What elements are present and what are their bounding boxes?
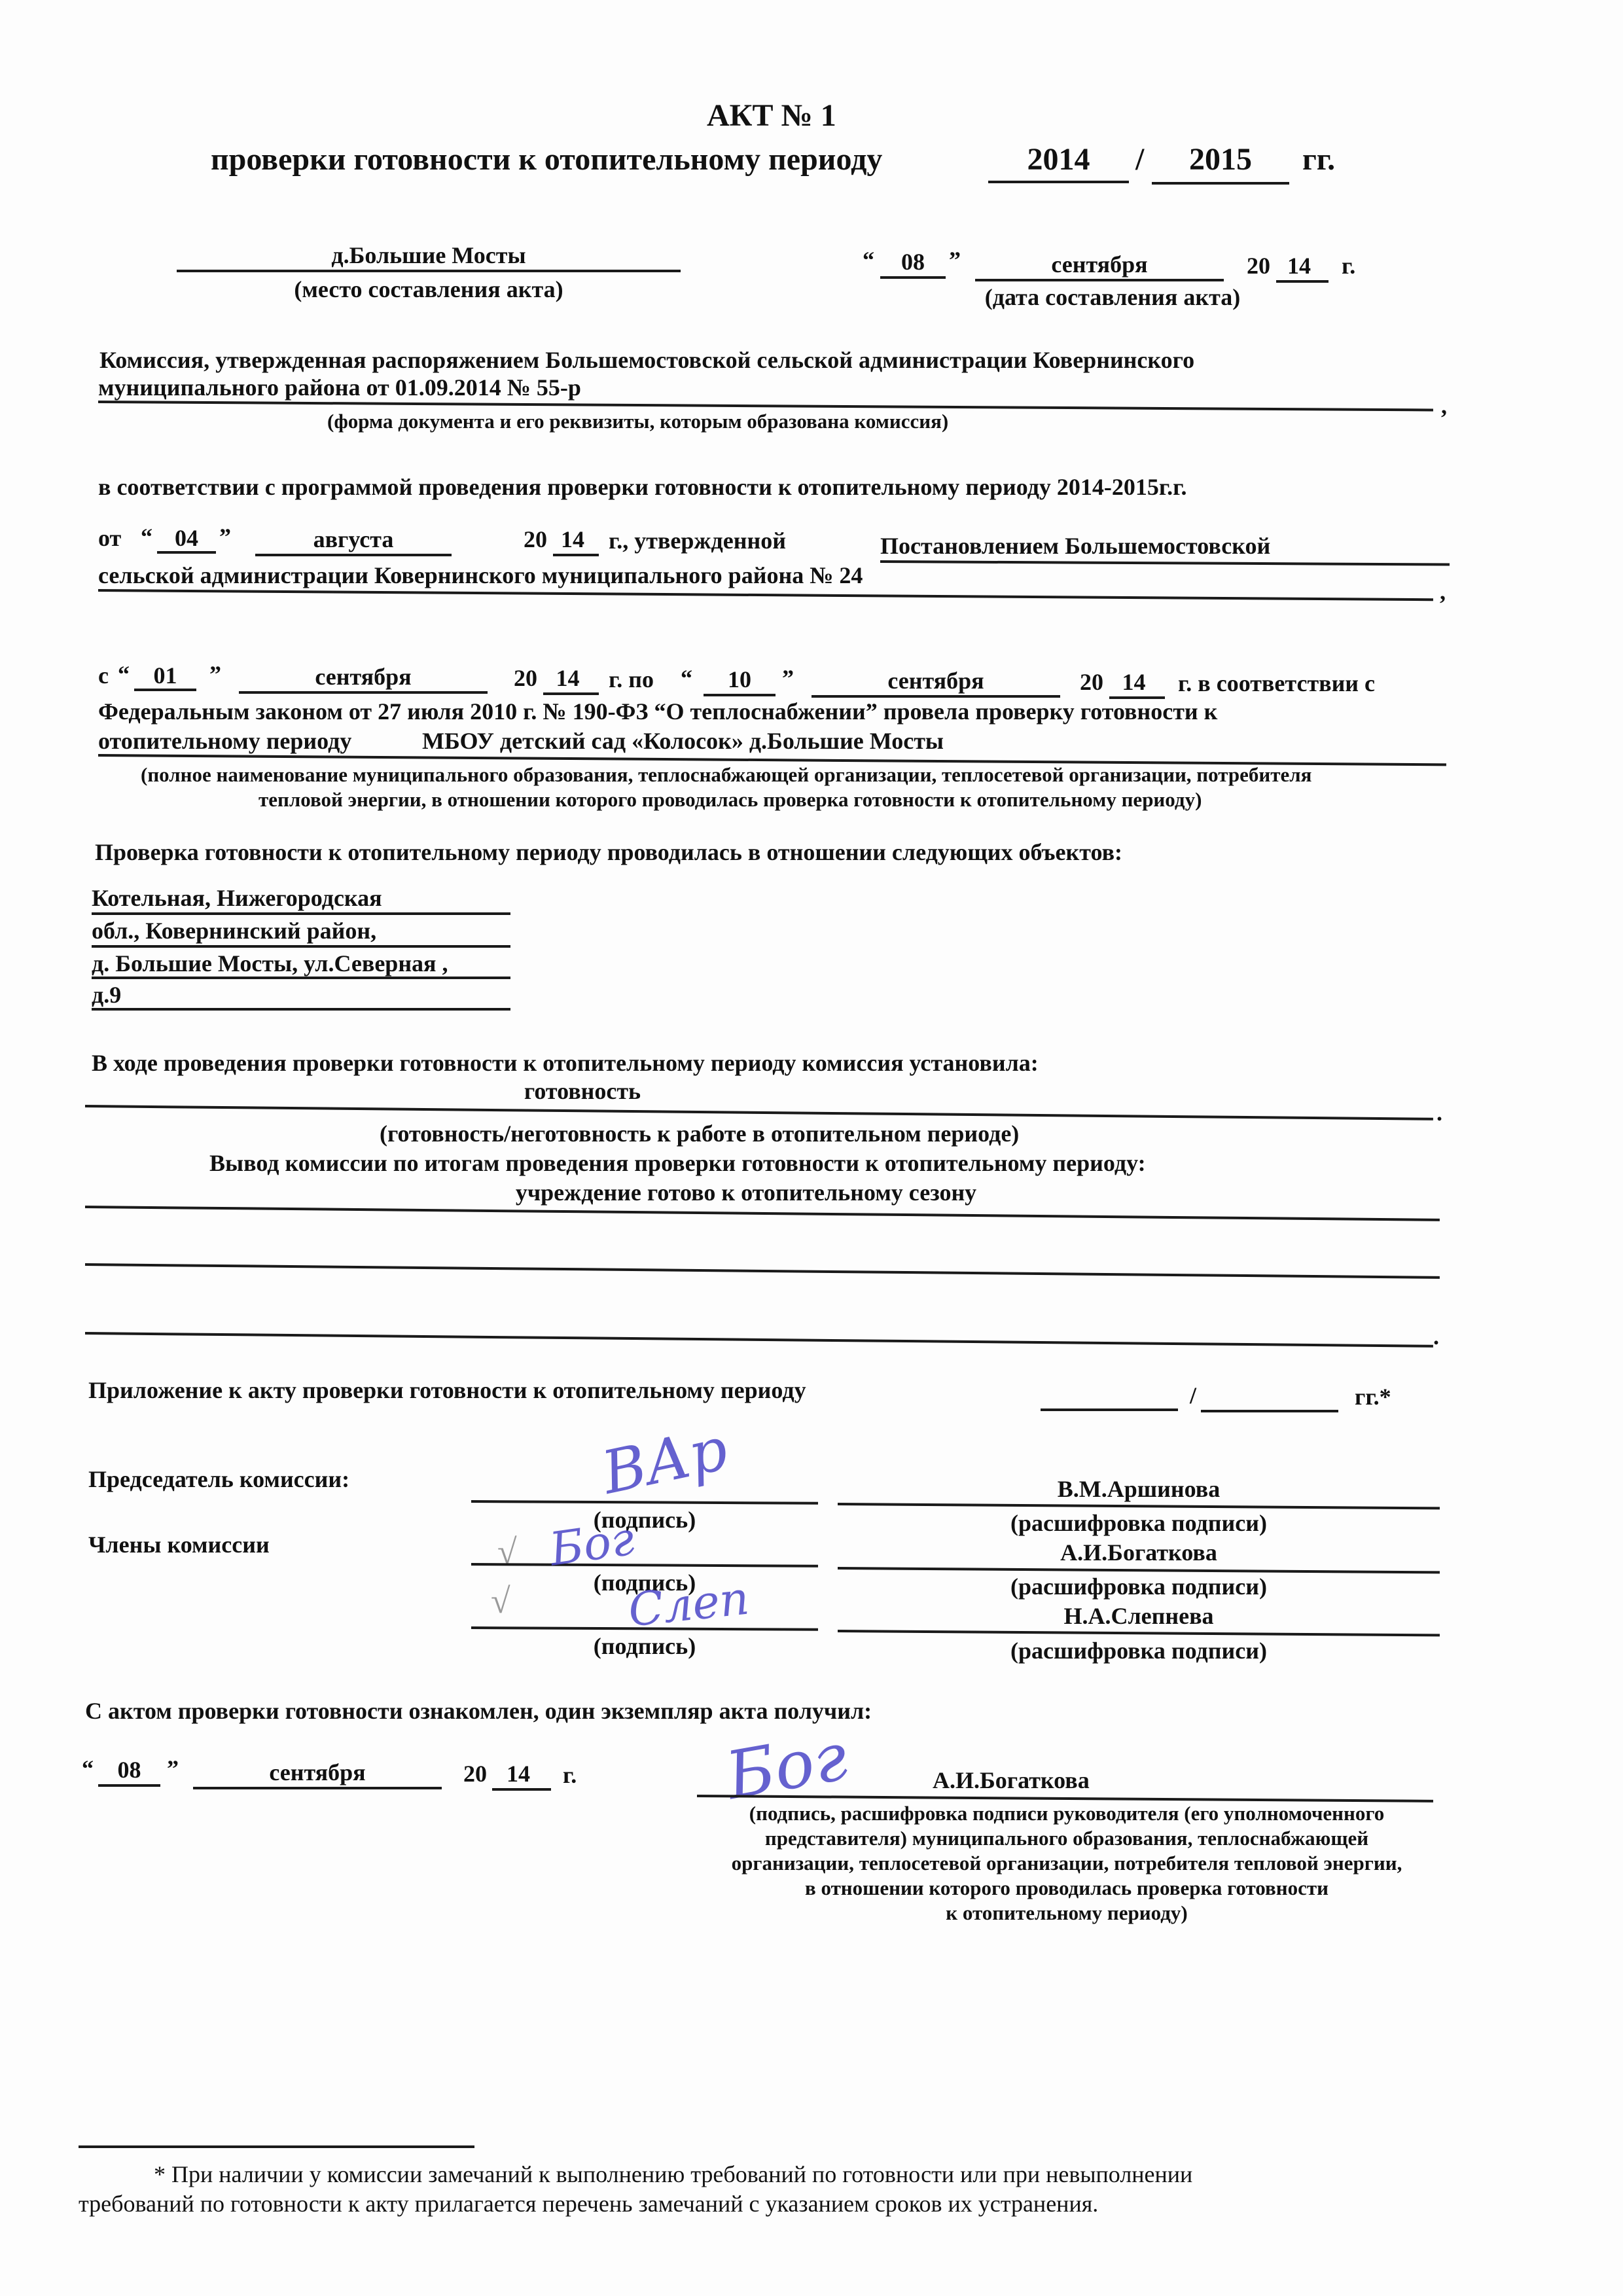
object-underline [92,912,510,915]
member1-name: А.И.Богаткова [838,1538,1440,1567]
date-month-field: сентября [975,250,1224,279]
chair-name: В.М.Аршинова [838,1475,1440,1503]
conclusion-end-mark: . [1433,1322,1439,1351]
program-day-field: 04 [157,524,216,552]
commission-line1: Комиссия, утвержденная распоряжением Бол… [99,346,1194,374]
place-field: д.Большие Мосты [177,241,681,270]
commission-caption: (форма документа и его реквизиты, которы… [327,409,948,434]
appendix-from-underline [1041,1408,1178,1411]
appendix-to-underline [1201,1410,1338,1412]
decode-caption: (расшифровка подписи) [838,1572,1440,1601]
year-to-field: 2015 [1152,141,1289,179]
ack-caption-line: организации, теплосетевой организации, п… [694,1851,1440,1876]
program-approved-label: г., утвержденной [609,526,786,555]
period-to-month-field: сентября [811,666,1060,695]
object-line: д. Большие Мосты, ул.Северная , [92,949,448,978]
chair-signature-icon: ВАр [596,1414,734,1508]
program-text: в соответствии с программой проведения п… [98,473,1186,501]
ack-caption-line: (подпись, расшифровка подписи руководите… [694,1801,1440,1826]
decode-caption: (расшифровка подписи) [838,1509,1440,1537]
member2-name: Н.А.Слепнева [838,1602,1440,1630]
period-to-day-underline [704,694,776,696]
conclusion-underline2 [85,1263,1440,1279]
period-from-day-underline [134,689,196,691]
program-day-underline [157,551,216,554]
objects-heading: Проверка готовности к отопительному пери… [95,838,1122,867]
program-comma: , [1440,577,1446,606]
period-caption-line1: (полное наименование муниципального обра… [141,762,1311,787]
findings-heading: В ходе проведения проверки готовности к … [92,1049,1039,1077]
period-law-line: Федеральным законом от 27 июля 2010 г. №… [98,697,1217,726]
check-mark-icon: √ [491,1581,510,1621]
year-to-underline [1152,182,1289,185]
program-approved-by-line2: сельской администрации Ковернинского мун… [98,561,863,590]
program-approved-underline2 [98,589,1433,601]
acknowledgement-text: С актом проверки готовности ознакомлен, … [85,1696,872,1725]
period-organization: МБОУ детский сад «Колосок» д.Большие Мос… [422,726,944,755]
object-underline [92,977,510,979]
period-from-month-field: сентября [239,662,488,691]
date-caption: (дата составления акта) [955,283,1270,312]
object-line: обл., Ковернинский район, [92,916,376,945]
chair-signature-line [471,1500,818,1505]
date-day-field: 08 [880,247,946,276]
period-from-label: с [98,661,109,690]
act-subtitle: проверки готовности к отопительному пери… [211,141,882,179]
date-day-underline [880,276,946,279]
period-from-year-field: 14 [543,664,592,692]
period-from-year-underline [543,692,599,695]
member1-signature-line [471,1563,818,1568]
date-quote-close: ” [949,245,961,274]
signature-caption: (подпись) [471,1505,818,1534]
appendix-label: Приложение к акту проверки готовности к … [88,1376,806,1405]
member2-name-line [838,1630,1440,1636]
program-month-field: августа [255,525,452,554]
chair-label: Председатель комиссии: [88,1465,349,1494]
ack-day-field: 08 [98,1755,160,1784]
commission-line2: муниципального района от 01.09.2014 № 55… [98,373,581,402]
footnote-line2: требований по готовности к акту прилагае… [79,2189,1098,2218]
period-to-day-field: 10 [704,665,776,694]
conclusion-heading: Вывод комиссии по итогам проведения пров… [209,1149,1146,1177]
date-month-underline [975,279,1224,281]
date-quote-open: “ [863,245,874,274]
program-quote-open: “ [141,522,152,551]
findings-caption: (готовность/неготовность к работе в отоп… [380,1119,1019,1148]
ack-caption-line: представителя) муниципального образовани… [694,1826,1440,1851]
conclusion-value: учреждение готово к отопительному сезону [92,1178,1400,1207]
period-tail: г. в соответствии с [1178,669,1375,698]
program-month-underline [255,554,452,556]
ack-month-field: сентября [193,1758,442,1787]
conclusion-underline3 [85,1332,1433,1348]
findings-value: готовность [92,1077,1073,1105]
appendix-sep: / [1190,1381,1196,1410]
ack-name: А.И.Богаткова [933,1766,1090,1795]
ack-quote-open: “ [82,1754,94,1783]
member1-signature-icon: Бог [546,1511,637,1576]
period-to-year-field: 14 [1109,668,1158,696]
period-from-year-prefix: 20 [514,664,537,692]
program-approved-underline1 [880,560,1450,566]
ack-year-underline [492,1788,551,1791]
decode-caption: (расшифровка подписи) [838,1636,1440,1665]
period-to-label: г. по [609,665,654,694]
footnote-line1: * При наличии у комиссии замечаний к вып… [154,2160,1192,2189]
program-quote-close: ” [219,522,231,551]
act-title: АКТ № 1 [707,97,836,135]
date-year-prefix: 20 [1247,251,1270,280]
program-approved-by-line1: Постановлением Большемостовской [880,531,1270,560]
period-from-quote-open: “ [118,660,130,689]
program-year-underline [553,554,599,556]
object-line: Котельная, Нижегородская [92,884,382,912]
date-year-underline [1276,280,1329,283]
place-caption: (место составления акта) [177,275,681,304]
period-from-quote-close: ” [209,660,221,689]
ack-signature-icon: Бог [721,1718,853,1814]
period-from-month-underline [239,691,488,694]
ack-month-underline [193,1787,442,1789]
members-label: Члены комиссии [88,1530,270,1559]
ack-year-suffix: г. [563,1761,577,1789]
date-year-suffix: г. [1342,251,1355,280]
period-from-day-field: 01 [134,661,196,690]
year-from-field: 2014 [988,141,1129,179]
program-year-field: 14 [553,525,592,554]
footnote-divider [79,2145,474,2148]
commission-comma: , [1441,391,1447,420]
period-to-year-prefix: 20 [1080,668,1103,696]
period-to-quote-close: ” [782,664,794,692]
signature-caption: (подпись) [471,1632,818,1660]
date-year-field: 14 [1276,251,1322,280]
program-year-prefix: 20 [524,525,547,554]
program-from-label: от [98,524,121,552]
object-line: д.9 [92,980,121,1009]
year-from-underline [988,181,1129,183]
ack-day-underline [98,1784,160,1787]
findings-underline [85,1105,1433,1121]
ack-caption-line: в отношении которого проводилась проверк… [694,1876,1440,1901]
year-suffix: гг. [1302,141,1335,179]
check-mark-icon: √ [497,1532,517,1572]
period-line3-prefix: отопительному периоду [98,726,351,755]
place-underline [177,270,681,272]
object-underline [92,945,510,948]
period-to-quote-open: “ [681,664,692,692]
ack-year-field: 14 [492,1759,544,1788]
year-separator: / [1135,141,1144,179]
ack-year-prefix: 20 [463,1759,487,1788]
ack-caption-line: к отопительному периоду) [694,1901,1440,1926]
conclusion-underline1 [85,1206,1440,1221]
object-underline [92,1008,510,1011]
ack-quote-close: ” [167,1754,179,1783]
findings-period-mark: . [1436,1098,1442,1127]
appendix-suffix: гг.* [1355,1382,1391,1411]
period-caption-line2: тепловой энергии, в отношении которого п… [259,787,1202,812]
